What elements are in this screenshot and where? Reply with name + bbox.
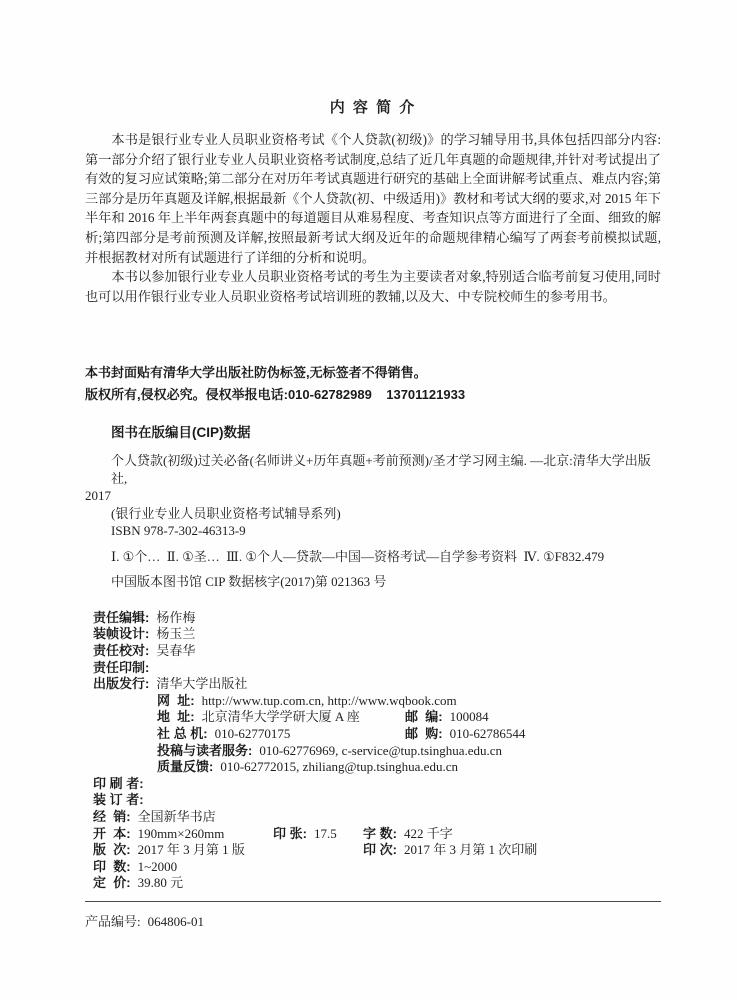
colophon-row-printer: 印 刷 者: <box>93 776 661 793</box>
colophon-value: 吴春华 <box>156 643 195 658</box>
colophon-label: 责任印制: <box>93 660 149 675</box>
colophon-value: 010-62770175 <box>215 726 291 741</box>
colophon-label: 印 次: <box>363 842 397 857</box>
colophon-label: 邮 购: <box>405 726 443 741</box>
colophon-value: 010-62776969, c-service@tup.tsinghua.edu… <box>259 743 502 758</box>
cip-header: 图书在版编目(CIP)数据 <box>111 421 661 441</box>
colophon-label: 印 刷 者: <box>93 776 144 791</box>
colophon-label: 印 数: <box>93 859 131 874</box>
anti-piracy-notice: 本书封面贴有清华大学出版社防伪标签,无标签者不得销售。 版权所有,侵权必究。侵权… <box>85 362 661 406</box>
colophon-value: 2017 年 3 月第 1 版 <box>138 842 245 857</box>
colophon-row-designer: 装帧设计:杨玉兰 <box>93 626 661 643</box>
colophon-value: 2017 年 3 月第 1 次印刷 <box>404 842 537 857</box>
colophon-row-publisher: 出版发行:清华大学出版社 <box>93 676 661 693</box>
colophon-value: 杨玉兰 <box>156 626 195 641</box>
colophon-row-printing-supervisor: 责任印制: <box>93 660 661 677</box>
intro-section: 内 容 简 介 本书是银行业专业人员职业资格考试《个人贷款(初级)》的学习辅导用… <box>85 96 661 306</box>
colophon-value: 清华大学出版社 <box>156 676 247 691</box>
colophon-label: 出版发行: <box>93 676 149 691</box>
colophon-label: 网 址: <box>157 693 195 708</box>
colophon-row-print-run: 印 数:1~2000 <box>93 859 661 876</box>
colophon-label: 经 销: <box>93 809 131 824</box>
colophon-value-url: http://www.tup.com.cn, http://www.wqbook… <box>202 693 457 708</box>
colophon-row-binder: 装 订 者: <box>93 792 661 809</box>
colophon-row-edition: 版 次:2017 年 3 月第 1 版印 次:2017 年 3 月第 1 次印刷 <box>93 842 661 859</box>
colophon-col2: 邮 购:010-62786544 <box>405 726 525 743</box>
colophon-value: 422 千字 <box>404 826 453 841</box>
colophon-value: 17.5 <box>314 826 337 841</box>
product-number-value: 064806-01 <box>148 914 204 929</box>
cip-record-line: 中国版本图书馆 CIP 数据核字(2017)第 021363 号 <box>111 573 661 591</box>
colophon-row-website: 网 址:http://www.tup.com.cn, http://www.wq… <box>93 693 661 710</box>
colophon-row-reader-service: 投稿与读者服务:010-62776969, c-service@tup.tsin… <box>93 743 661 760</box>
cip-title-wrap: 2017 <box>85 487 661 505</box>
colophon-label: 字 数: <box>363 826 397 841</box>
cip-classification-line: Ⅰ. ①个… Ⅱ. ①圣… Ⅲ. ①个人—贷款—中国—资格考试—自学参考资料 Ⅳ… <box>111 548 661 566</box>
cip-title-line: 个人贷款(初级)过关必备(名师讲义+历年真题+考前预测)/圣才学习网主编. —北… <box>111 452 661 487</box>
colophon-value: 010-62786544 <box>450 726 526 741</box>
colophon-value: 北京清华大学学研大厦 A 座 <box>202 709 360 724</box>
colophon-label: 责任编辑: <box>93 610 149 625</box>
colophon-label: 责任校对: <box>93 643 149 658</box>
colophon-row-price: 定 价:39.80 元 <box>93 875 661 892</box>
colophon-value: 1~2000 <box>138 859 178 874</box>
colophon-label: 地 址: <box>157 709 195 724</box>
colophon-label: 开 本: <box>93 826 131 841</box>
colophon-value: 杨作梅 <box>156 610 195 625</box>
colophon-label: 定 价: <box>93 875 131 890</box>
colophon-col2: 印 张:17.5 <box>273 826 337 843</box>
colophon-row-address: 地 址:北京清华大学学研大厦 A 座邮 编:100084 <box>93 709 661 726</box>
colophon-label: 装帧设计: <box>93 626 149 641</box>
cip-isbn-line: ISBN 978-7-302-46313-9 <box>111 522 661 540</box>
colophon-label: 社 总 机: <box>157 726 208 741</box>
product-number-label: 产品编号: <box>85 914 141 929</box>
colophon-value: 100084 <box>450 709 489 724</box>
colophon-row-quality-feedback: 质量反馈:010-62772015, zhiliang@tup.tsinghua… <box>93 759 661 776</box>
anti-piracy-line: 本书封面贴有清华大学出版社防伪标签,无标签者不得销售。 <box>85 362 661 384</box>
colophon-row-switchboard: 社 总 机:010-62770175邮 购:010-62786544 <box>93 726 661 743</box>
footer-divider <box>85 901 661 902</box>
copyright-page: 内 容 简 介 本书是银行业专业人员职业资格考试《个人贷款(初级)》的学习辅导用… <box>0 0 737 1000</box>
intro-title: 内 容 简 介 <box>85 96 661 117</box>
colophon-value: 190mm×260mm <box>138 826 225 841</box>
colophon-value: 010-62772015, zhiliang@tup.tsinghua.edu.… <box>220 759 458 774</box>
colophon: 责任编辑:杨作梅 装帧设计:杨玉兰 责任校对:吴春华 责任印制: 出版发行:清华… <box>93 610 661 892</box>
colophon-label: 质量反馈: <box>157 759 213 774</box>
colophon-label: 投稿与读者服务: <box>157 743 252 758</box>
colophon-value: 全国新华书店 <box>138 809 216 824</box>
colophon-label: 装 订 者: <box>93 792 144 807</box>
intro-paragraph-1: 本书是银行业专业人员职业资格考试《个人贷款(初级)》的学习辅导用书,具体包括四部… <box>85 130 661 267</box>
colophon-label: 印 张: <box>273 826 307 841</box>
intro-paragraph-2: 本书以参加银行业专业人员职业资格考试的考生为主要读者对象,特别适合临考前复习使用… <box>85 267 661 306</box>
cip-series-line: (银行业专业人员职业资格考试辅导系列) <box>111 505 661 523</box>
colophon-col2: 邮 编:100084 <box>405 709 489 726</box>
colophon-row-distributor: 经 销:全国新华书店 <box>93 809 661 826</box>
colophon-label: 邮 编: <box>405 709 443 724</box>
copyright-line: 版权所有,侵权必究。侵权举报电话:010-62782989 1370112193… <box>85 384 661 406</box>
colophon-row-format: 开 本:190mm×260mm印 张:17.5字 数:422 千字 <box>93 826 661 843</box>
colophon-row-proofreader: 责任校对:吴春华 <box>93 643 661 660</box>
colophon-row-editor: 责任编辑:杨作梅 <box>93 610 661 627</box>
colophon-value: 39.80 元 <box>138 875 184 890</box>
colophon-col2: 印 次:2017 年 3 月第 1 次印刷 <box>363 842 537 859</box>
colophon-col3: 字 数:422 千字 <box>363 826 453 843</box>
colophon-label: 版 次: <box>93 842 131 857</box>
product-number-row: 产品编号:064806-01 <box>85 911 661 930</box>
cip-block: 图书在版编目(CIP)数据 个人贷款(初级)过关必备(名师讲义+历年真题+考前预… <box>85 421 661 591</box>
